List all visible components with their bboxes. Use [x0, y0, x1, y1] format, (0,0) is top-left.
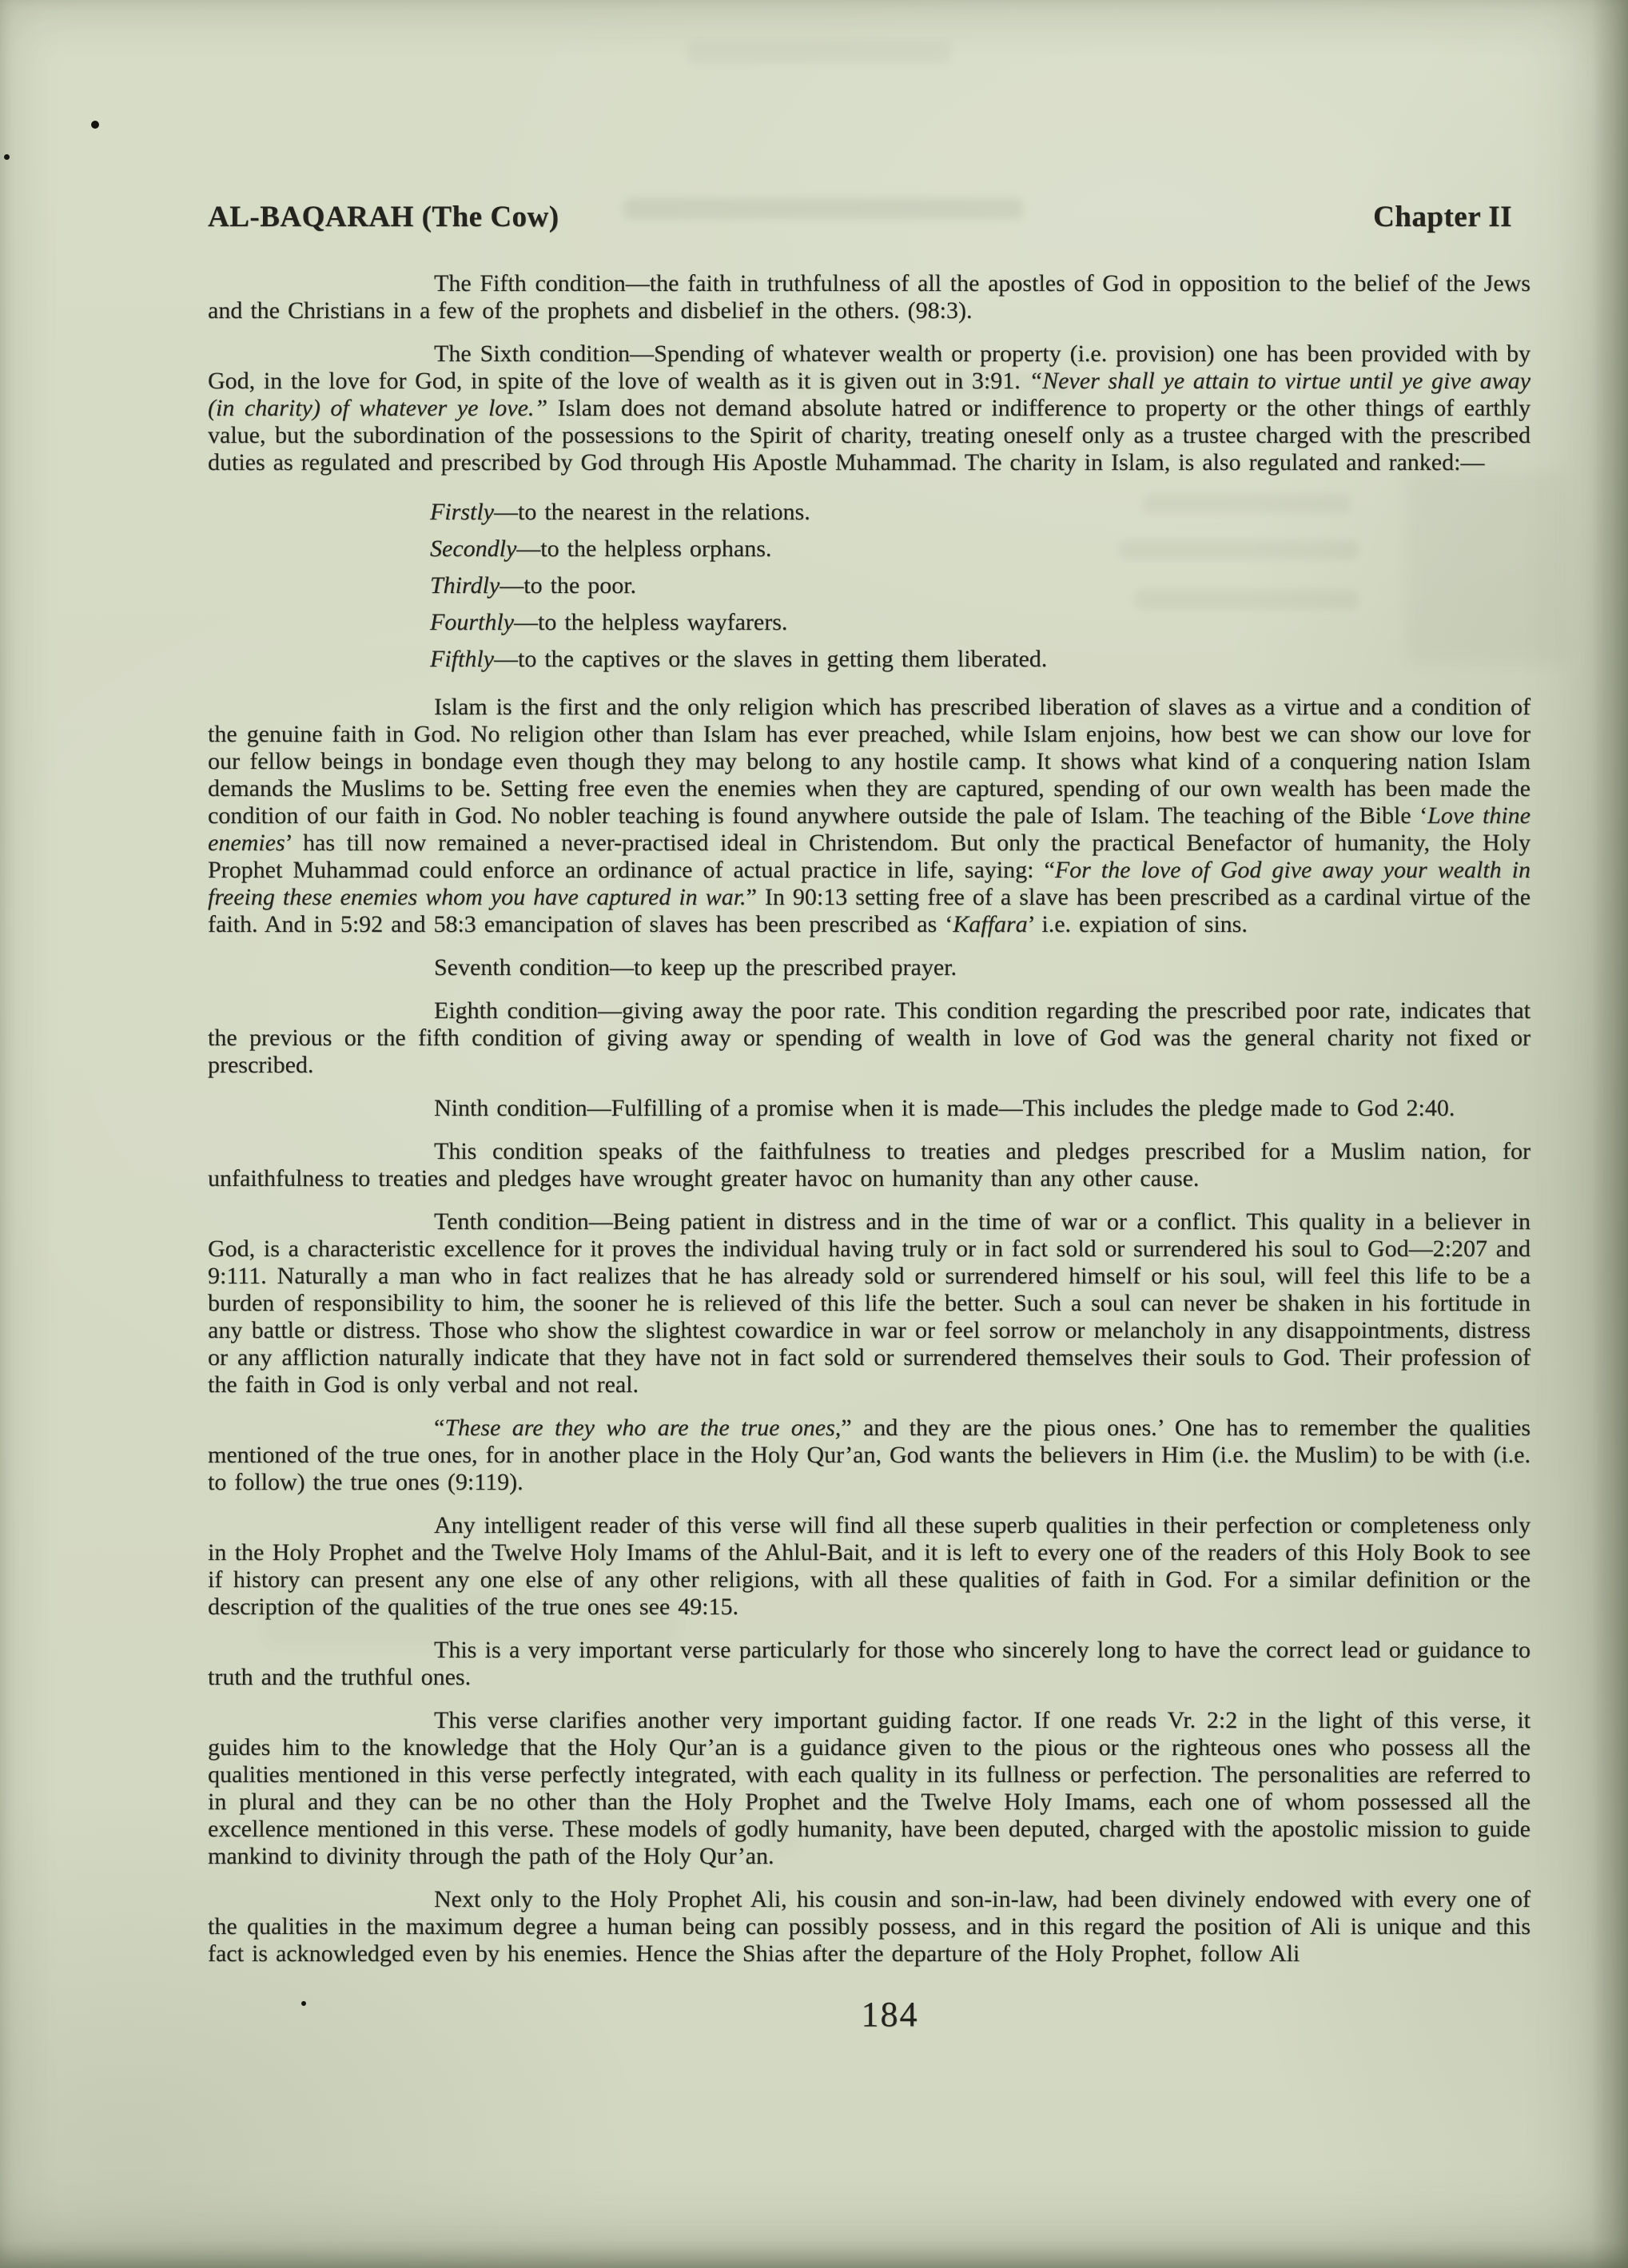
list-item: Thirdly—to the poor. — [208, 567, 1530, 604]
page-edge-shadow — [1591, 0, 1628, 2268]
paragraph-segment: ’ i.e. expiation of sins. — [1028, 911, 1248, 937]
list-item-text: —to the nearest in the relations. — [494, 499, 810, 525]
list-item-text: —to the helpless orphans. — [516, 535, 771, 562]
ranked-list: Firstly—to the nearest in the relations.… — [208, 494, 1530, 678]
list-item-text: —to the poor. — [500, 572, 636, 599]
paragraph: The Fifth condition—the faith in truthfu… — [208, 270, 1530, 324]
list-item-lead: Secondly — [430, 535, 516, 562]
paragraph: Ninth condition—Fulfilling of a promise … — [208, 1095, 1530, 1122]
paragraph: Tenth condition—Being patient in distres… — [208, 1208, 1530, 1399]
paragraph-segment: These are they who are the true ones, — [444, 1415, 841, 1441]
list-item: Fifthly—to the captives or the slaves in… — [208, 641, 1530, 678]
paragraph-segment: “ — [434, 1415, 444, 1441]
paragraph: The Sixth condition—Spending of whatever… — [208, 340, 1530, 476]
paragraph: Islam is the first and the only religion… — [208, 694, 1530, 938]
page-title: AL-BAQARAH (The Cow) — [208, 200, 559, 234]
list-item-lead: Fourthly — [430, 609, 514, 635]
chapter-label: Chapter II — [1373, 200, 1512, 234]
paragraph: “These are they who are the true ones,” … — [208, 1415, 1530, 1496]
list-item: Secondly—to the helpless orphans. — [208, 531, 1530, 567]
list-item: Fourthly—to the helpless wayfarers. — [208, 604, 1530, 641]
list-item-lead: Thirdly — [430, 572, 500, 599]
paragraph-segment: Any intelligent reader of this verse wil… — [208, 1512, 1530, 1620]
paragraph: This verse clarifies another very import… — [208, 1707, 1530, 1870]
list-item-lead: Fifthly — [430, 646, 494, 672]
paragraph-segment: Tenth condition—Being patient in distres… — [208, 1208, 1530, 1398]
paragraph-segment: Ninth condition—Fulfilling of a promise … — [434, 1095, 1455, 1121]
page-body: The Fifth condition—the faith in truthfu… — [208, 270, 1530, 2028]
page-edge-shadow — [0, 2241, 1628, 2268]
paragraph-segment: This condition speaks of the faithfulnes… — [208, 1138, 1530, 1192]
paragraph-segment: This is a very important verse particula… — [208, 1637, 1530, 1690]
paragraph-segment: The Fifth condition—the faith in truthfu… — [208, 270, 1530, 324]
paragraph: Next only to the Holy Prophet Ali, his c… — [208, 1886, 1530, 1968]
paragraph-segment: ” and they are the pious ones.’ One has … — [208, 1415, 1530, 1495]
list-item: Firstly—to the nearest in the relations. — [208, 494, 1530, 531]
paragraph: Eighth condition—giving away the poor ra… — [208, 997, 1530, 1079]
paragraph-segment: Seventh condition—to keep up the prescri… — [434, 954, 957, 981]
page-number: 184 — [229, 2001, 1551, 2028]
list-item-text: —to the captives or the slaves in gettin… — [494, 646, 1047, 672]
list-item-text: —to the helpless wayfarers. — [514, 609, 787, 635]
paragraph-segment: This verse clarifies another very import… — [208, 1707, 1530, 1869]
paragraph: This condition speaks of the faithfulnes… — [208, 1138, 1530, 1192]
paragraph-segment: Kaffara — [953, 911, 1027, 937]
paragraph-segment: Next only to the Holy Prophet Ali, his c… — [208, 1886, 1530, 1967]
paragraph: This is a very important verse particula… — [208, 1637, 1530, 1691]
list-item-lead: Firstly — [430, 499, 494, 525]
ink-speck — [91, 121, 99, 129]
book-page: AL-BAQARAH (The Cow) Chapter II The Fift… — [0, 0, 1628, 2268]
running-head: AL-BAQARAH (The Cow) Chapter II — [208, 200, 1512, 234]
paragraph: Seventh condition—to keep up the prescri… — [208, 954, 1530, 981]
paragraph: Any intelligent reader of this verse wil… — [208, 1512, 1530, 1621]
paragraph-segment: Eighth condition—giving away the poor ra… — [208, 997, 1530, 1078]
ink-speck — [4, 154, 10, 160]
paragraph-segment: Islam is the first and the only religion… — [208, 694, 1530, 829]
bleedthrough-ghost — [687, 42, 951, 64]
